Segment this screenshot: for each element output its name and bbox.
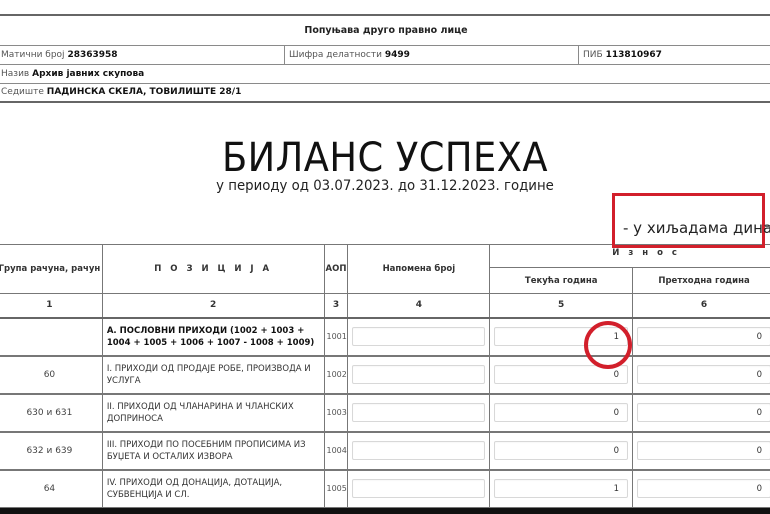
note-input[interactable] <box>352 365 485 384</box>
aop-cell: 1005 <box>324 470 348 508</box>
tax-id-value: 113810967 <box>606 50 662 60</box>
note-input[interactable] <box>352 479 485 498</box>
currency-units-annotation: - у хиљадама динара <box>612 193 765 248</box>
table-row: 632 и 639III. ПРИХОДИ ПО ПОСЕБНИМ ПРОПИС… <box>0 432 770 470</box>
note-cell <box>348 356 490 394</box>
current-year-cell <box>490 356 633 394</box>
table-row: 64IV. ПРИХОДИ ОД ДОНАЦИЈА, ДОТАЦИЈА, СУБ… <box>0 470 770 508</box>
address-cell: Седиште ПАДИНСКА СКЕЛА, ТОВИЛИШТЕ 28/1 <box>0 83 770 102</box>
activity-code-label: Шифра делатности <box>289 50 382 60</box>
company-name-label: Назив <box>1 69 29 79</box>
note-cell <box>348 470 490 508</box>
header-previous-year: Претходна година <box>633 268 770 294</box>
header-account-group: Група рачуна, рачун <box>0 245 102 294</box>
company-info-table: Попуњава друго правно лице Матични број … <box>0 14 770 103</box>
column-number-4: 4 <box>348 294 490 318</box>
document-title: БИЛАНС УСПЕХА <box>31 138 739 178</box>
previous-year-cell <box>633 394 770 432</box>
units-divider <box>765 226 770 227</box>
account-group-cell: 630 и 631 <box>0 394 102 432</box>
current-year-cell <box>490 394 633 432</box>
tax-id-cell: ПИБ 113810967 <box>579 45 770 64</box>
position-cell: I. ПРИХОДИ ОД ПРОДАЈЕ РОБЕ, ПРОИЗВОДА И … <box>102 356 324 394</box>
activity-code-value: 9499 <box>385 50 410 60</box>
column-number-5: 5 <box>490 294 633 318</box>
current-year-input[interactable] <box>494 441 628 460</box>
column-number-3: 3 <box>324 294 348 318</box>
previous-year-input[interactable] <box>637 479 770 498</box>
currency-units-label: - у хиљадама динара <box>623 219 770 237</box>
current-year-cell <box>490 470 633 508</box>
position-cell: А. ПОСЛОВНИ ПРИХОДИ (1002 + 1003 + 1004 … <box>102 318 324 356</box>
bottom-edge <box>0 508 770 514</box>
header-current-year: Текућа година <box>490 268 633 294</box>
table-row: 630 и 631II. ПРИХОДИ ОД ЧЛАНАРИНА И ЧЛАН… <box>0 394 770 432</box>
registration-number-label: Матични број <box>1 50 65 60</box>
account-group-cell: 632 и 639 <box>0 432 102 470</box>
company-name-value: Архив јавних скупова <box>32 69 144 79</box>
column-number-1: 1 <box>0 294 102 318</box>
previous-year-input[interactable] <box>637 403 770 422</box>
note-cell <box>348 432 490 470</box>
header-note: Напомена број <box>348 245 490 294</box>
registration-number-cell: Матични број 28363958 <box>0 45 285 64</box>
header-position: П О З И Ц И Ј А <box>102 245 324 294</box>
registration-number-value: 28363958 <box>67 50 117 60</box>
current-year-cell <box>490 318 633 356</box>
aop-cell: 1004 <box>324 432 348 470</box>
aop-cell: 1002 <box>324 356 348 394</box>
tax-id-label: ПИБ <box>583 50 603 60</box>
column-number-6: 6 <box>633 294 770 318</box>
previous-year-cell <box>633 470 770 508</box>
previous-year-input[interactable] <box>637 327 770 346</box>
note-input[interactable] <box>352 441 485 460</box>
previous-year-cell <box>633 356 770 394</box>
income-statement-table: Група рачуна, рачун П О З И Ц И Ј А АОП … <box>0 244 770 509</box>
current-year-input[interactable] <box>494 327 628 346</box>
column-number-2: 2 <box>102 294 324 318</box>
filled-by-heading: Попуњава друго правно лице <box>0 15 770 45</box>
aop-cell: 1003 <box>324 394 348 432</box>
position-cell: III. ПРИХОДИ ПО ПОСЕБНИМ ПРОПИСИМА ИЗ БУ… <box>102 432 324 470</box>
previous-year-input[interactable] <box>637 441 770 460</box>
note-cell <box>348 394 490 432</box>
position-cell: IV. ПРИХОДИ ОД ДОНАЦИЈА, ДОТАЦИЈА, СУБВЕ… <box>102 470 324 508</box>
account-group-cell: 60 <box>0 356 102 394</box>
note-input[interactable] <box>352 403 485 422</box>
header-aop: АОП <box>324 245 348 294</box>
current-year-cell <box>490 432 633 470</box>
previous-year-cell <box>633 318 770 356</box>
aop-cell: 1001 <box>324 318 348 356</box>
current-year-input[interactable] <box>494 479 628 498</box>
current-year-input[interactable] <box>494 365 628 384</box>
reporting-period: у периоду од 03.07.2023. до 31.12.2023. … <box>19 178 751 194</box>
table-row: А. ПОСЛОВНИ ПРИХОДИ (1002 + 1003 + 1004 … <box>0 318 770 356</box>
activity-code-cell: Шифра делатности 9499 <box>285 45 579 64</box>
address-value: ПАДИНСКА СКЕЛА, ТОВИЛИШТЕ 28/1 <box>47 87 242 97</box>
company-name-cell: Назив Архив јавних скупова <box>0 64 770 83</box>
note-cell <box>348 318 490 356</box>
current-year-input[interactable] <box>494 403 628 422</box>
position-cell: II. ПРИХОДИ ОД ЧЛАНАРИНА И ЧЛАНСКИХ ДОПР… <box>102 394 324 432</box>
address-label: Седиште <box>1 87 44 97</box>
previous-year-cell <box>633 432 770 470</box>
account-group-cell: 64 <box>0 470 102 508</box>
account-group-cell <box>0 318 102 356</box>
table-row: 60I. ПРИХОДИ ОД ПРОДАЈЕ РОБЕ, ПРОИЗВОДА … <box>0 356 770 394</box>
note-input[interactable] <box>352 327 485 346</box>
previous-year-input[interactable] <box>637 365 770 384</box>
